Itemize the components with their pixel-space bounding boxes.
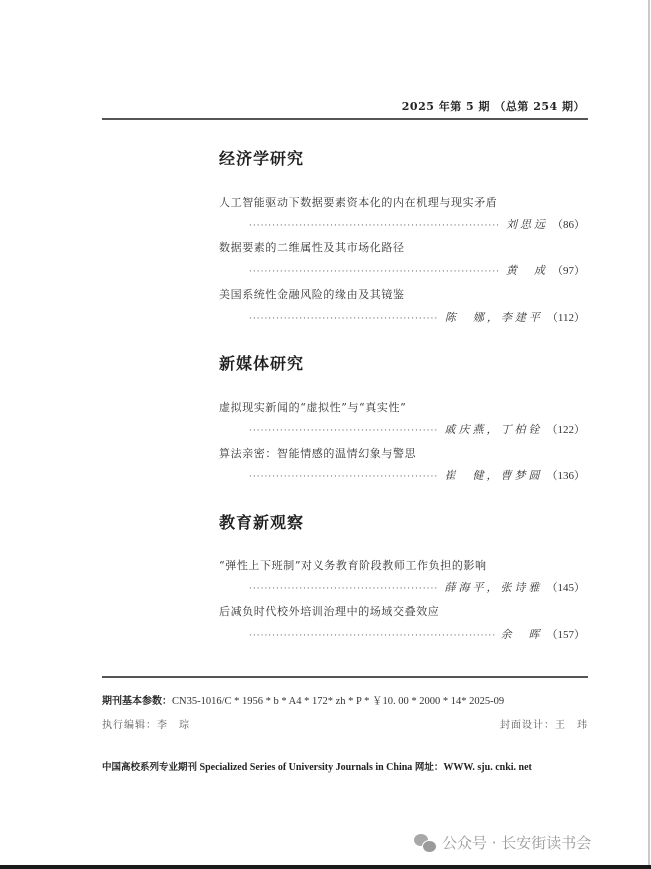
article-byline: ········································… <box>249 579 585 593</box>
leader-dots: ········································… <box>249 584 439 594</box>
article-byline: ········································… <box>249 309 585 323</box>
issue-number: 2025 年第 5 期 （总第 254 期） <box>300 98 585 114</box>
article-page: （145） <box>547 579 586 595</box>
params-value: CN35-1016/C * 1956 * b * A4 * 172* zh * … <box>172 696 504 707</box>
leader-dots: ········································… <box>249 314 439 324</box>
section-title-education: 教育新观察 <box>219 510 304 533</box>
article-page: （122） <box>547 421 586 437</box>
footer-divider <box>102 676 588 678</box>
params-label: 期刊基本参数： <box>102 696 172 707</box>
series-cn: 中国高校系列专业期刊 <box>102 762 197 773</box>
series-en: Specialized Series of University Journal… <box>200 762 413 773</box>
article-page: （112） <box>547 309 585 325</box>
series-info: 中国高校系列专业期刊 Specialized Series of Univers… <box>102 759 532 773</box>
wechat-watermark: 公众号 · 长安街读书会 <box>414 832 591 853</box>
article-title[interactable]: 数据要素的二维属性及其市场化路径 <box>219 239 405 255</box>
executive-editor: 执行编辑：李 琮 <box>102 716 190 731</box>
article-authors: 刘思远 <box>506 216 548 232</box>
article-page: （136） <box>547 467 586 483</box>
section-title-new-media: 新媒体研究 <box>219 351 304 374</box>
article-title[interactable]: “弹性上下班制”对义务教育阶段教师工作负担的影响 <box>219 557 487 573</box>
article-page: （157） <box>547 626 586 642</box>
leader-dots: ········································… <box>249 426 439 436</box>
article-title[interactable]: 人工智能驱动下数据要素资本化的内在机理与现实矛盾 <box>219 194 497 210</box>
credits-row: 执行编辑：李 琮 封面设计：王 玮 <box>102 716 588 731</box>
article-title[interactable]: 美国系统性金融风险的缘由及其镜鉴 <box>219 286 405 302</box>
wechat-icon <box>414 834 436 852</box>
article-byline: ········································… <box>249 216 585 230</box>
website-link[interactable]: WWW. sju. cnki. net <box>443 762 532 773</box>
article-authors: 黄 成 <box>506 262 548 278</box>
watermark-text: 公众号 · 长安街读书会 <box>442 832 591 853</box>
article-authors: 崔 健，曹梦圆 <box>445 467 543 483</box>
leader-dots: ········································… <box>249 472 439 482</box>
article-authors: 陈 娜，李建平 <box>445 309 543 325</box>
article-byline: ········································… <box>249 262 585 276</box>
leader-dots: ········································… <box>249 267 500 277</box>
article-authors: 戚庆燕，丁柏铨 <box>445 421 543 437</box>
leader-dots: ········································… <box>249 631 495 641</box>
article-title[interactable]: 虚拟现实新闻的“虚拟性”与“真实性” <box>219 399 406 415</box>
article-byline: ········································… <box>249 421 585 435</box>
article-authors: 余 晖 <box>501 626 543 642</box>
article-byline: ········································… <box>249 467 585 481</box>
page-edge-bottom <box>0 865 651 869</box>
article-authors: 薛海平，张诗雅 <box>445 579 543 595</box>
cover-design: 封面设计：王 玮 <box>500 716 588 731</box>
section-title-economics: 经济学研究 <box>219 146 304 169</box>
article-title[interactable]: 算法亲密：智能情感的温情幻象与警思 <box>219 445 416 461</box>
article-byline: ········································… <box>249 626 585 640</box>
page-edge-right <box>648 0 650 866</box>
article-title[interactable]: 后减负时代校外培训治理中的场域交叠效应 <box>219 603 439 619</box>
header-divider <box>102 118 588 120</box>
website-label: 网址： <box>415 762 444 773</box>
leader-dots: ········································… <box>249 221 500 231</box>
article-page: （86） <box>552 216 585 232</box>
journal-parameters: 期刊基本参数：CN35-1016/C * 1956 * b * A4 * 172… <box>102 692 588 708</box>
article-page: （97） <box>552 262 585 278</box>
